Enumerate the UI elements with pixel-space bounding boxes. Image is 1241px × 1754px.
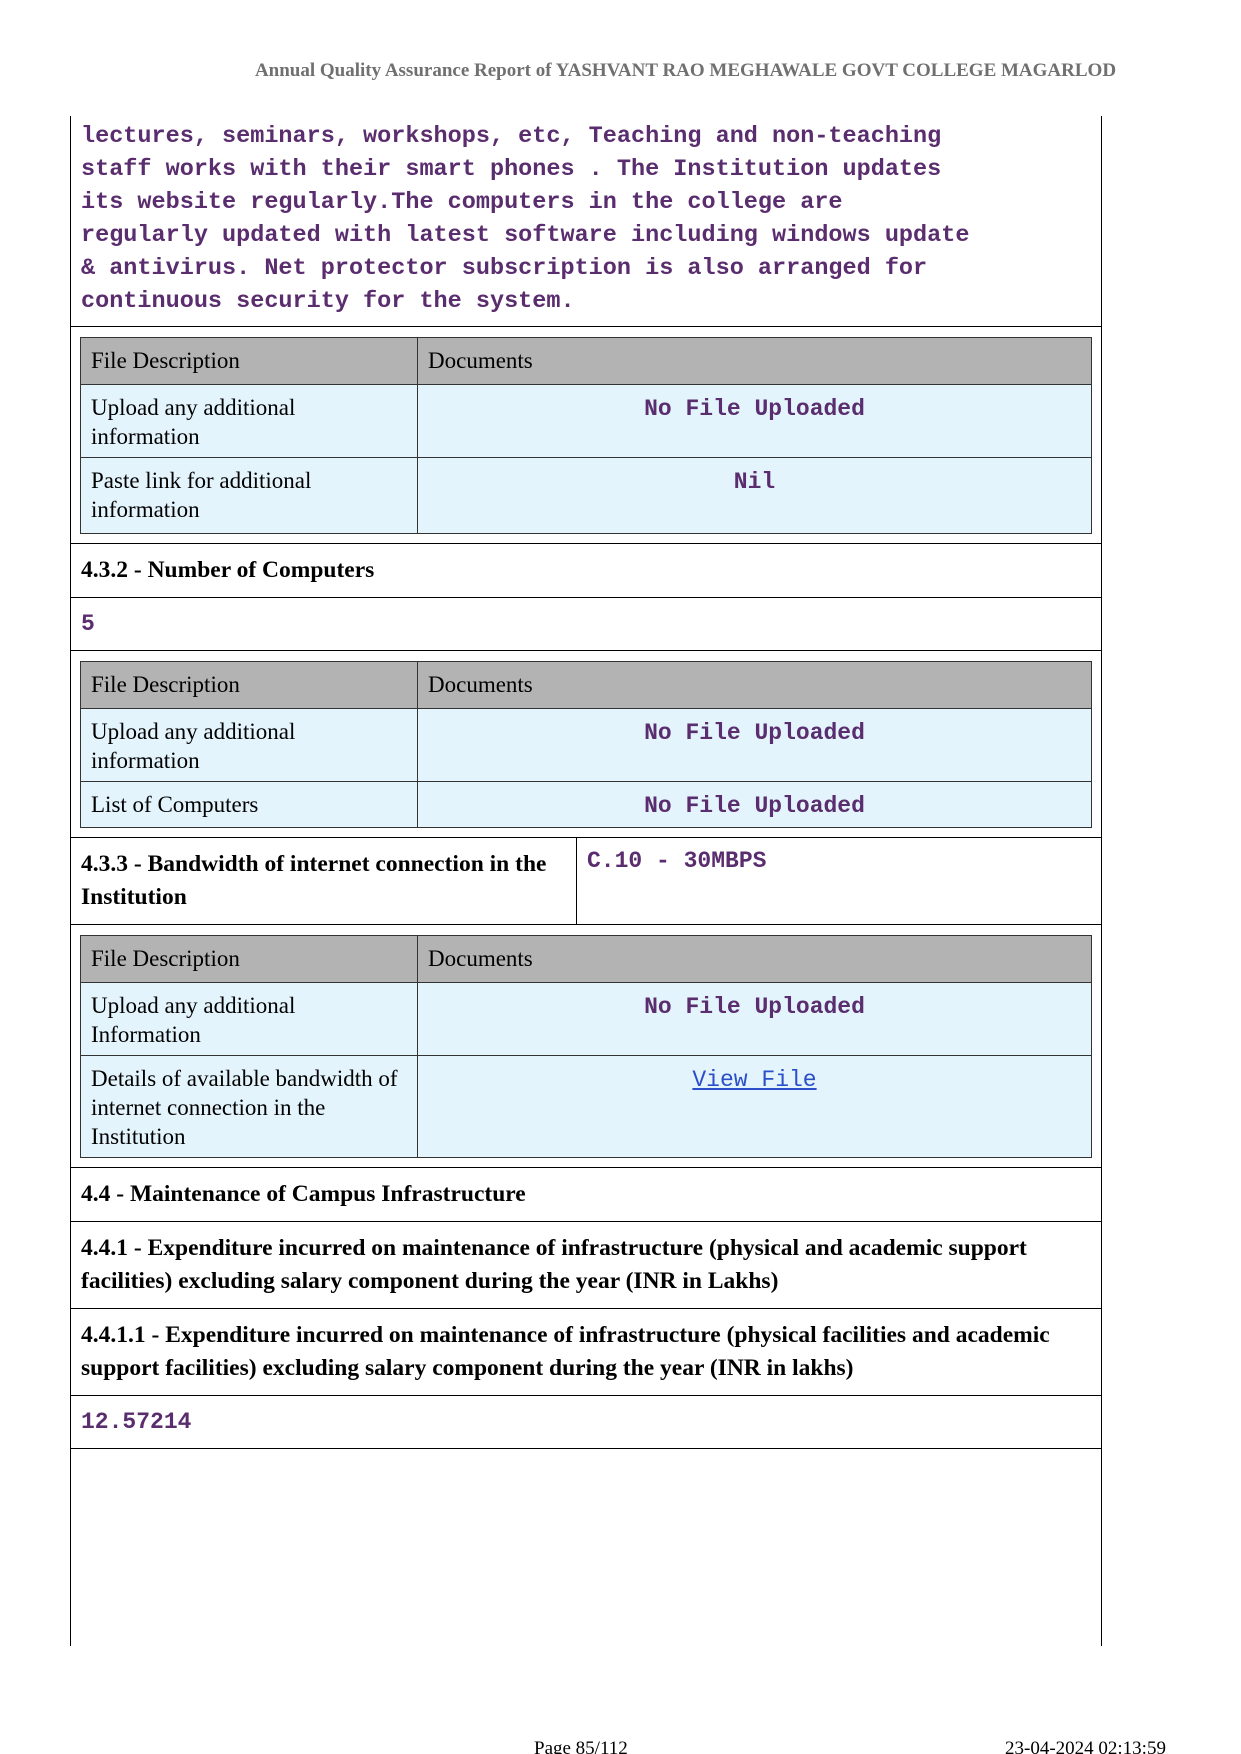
file-description-cell: Upload any additional information <box>81 709 418 782</box>
file-description-cell: List of Computers <box>81 782 418 828</box>
number-of-computers-value: 5 <box>71 598 1101 651</box>
page-number: Page 85/112 <box>534 1738 628 1754</box>
prose-line: staff works with their smart phones . Th… <box>81 153 1091 186</box>
section-heading-4-3-2: 4.3.2 - Number of Computers <box>71 544 1101 598</box>
bandwidth-value: C.10 - 30MBPS <box>577 838 1101 924</box>
column-header-file-description: File Description <box>81 662 418 709</box>
document-status: No File Uploaded <box>644 396 865 422</box>
report-frame: lectures, seminars, workshops, etc, Teac… <box>70 116 1102 1646</box>
generated-timestamp: 23-04-2024 02:13:59 <box>1005 1738 1166 1754</box>
table-row: Upload any additional information No Fil… <box>81 709 1092 782</box>
table-header-row: File Description Documents <box>81 662 1092 709</box>
file-table-wrap-3: File Description Documents Upload any ad… <box>71 925 1101 1168</box>
file-table-wrap-2: File Description Documents Upload any ad… <box>71 651 1101 838</box>
document-status: No File Uploaded <box>644 793 865 819</box>
column-header-file-description: File Description <box>81 338 418 385</box>
table-row: Paste link for additional information Ni… <box>81 458 1092 534</box>
prose-line: its website regularly.The computers in t… <box>81 186 1091 219</box>
table-header-row: File Description Documents <box>81 338 1092 385</box>
section-heading-4-4-1-1: 4.4.1.1 - Expenditure incurred on mainte… <box>71 1309 1101 1396</box>
table-row: Details of available bandwidth of intern… <box>81 1056 1092 1158</box>
view-file-link[interactable]: View File <box>692 1067 816 1093</box>
prose-line: & antivirus. Net protector subscription … <box>81 252 1091 285</box>
document-status: No File Uploaded <box>644 720 865 746</box>
it-facilities-description: lectures, seminars, workshops, etc, Teac… <box>71 116 1101 327</box>
table-header-row: File Description Documents <box>81 936 1092 983</box>
document-status: No File Uploaded <box>644 994 865 1020</box>
column-header-documents: Documents <box>418 338 1092 385</box>
report-header: Annual Quality Assurance Report of YASHV… <box>0 60 1241 82</box>
file-description-cell: Upload any additional Information <box>81 983 418 1056</box>
table-row: Upload any additional Information No Fil… <box>81 983 1092 1056</box>
column-header-documents: Documents <box>418 936 1092 983</box>
file-description-cell: Upload any additional information <box>81 385 418 458</box>
file-table-1: File Description Documents Upload any ad… <box>80 337 1092 534</box>
file-description-cell: Paste link for additional information <box>81 458 418 534</box>
section-heading-4-4: 4.4 - Maintenance of Campus Infrastructu… <box>71 1168 1101 1222</box>
section-heading-4-4-1: 4.4.1 - Expenditure incurred on maintena… <box>71 1222 1101 1309</box>
column-header-file-description: File Description <box>81 936 418 983</box>
table-row: List of Computers No File Uploaded <box>81 782 1092 828</box>
maintenance-expenditure-value: 12.57214 <box>71 1396 1101 1449</box>
prose-line: regularly updated with latest software i… <box>81 219 1091 252</box>
table-row: Upload any additional information No Fil… <box>81 385 1092 458</box>
column-header-documents: Documents <box>418 662 1092 709</box>
file-description-cell: Details of available bandwidth of intern… <box>81 1056 418 1158</box>
bandwidth-row: 4.3.3 - Bandwidth of internet connection… <box>71 838 1101 925</box>
file-table-2: File Description Documents Upload any ad… <box>80 661 1092 828</box>
prose-line: continuous security for the system. <box>81 285 1091 318</box>
file-table-wrap-1: File Description Documents Upload any ad… <box>71 327 1101 544</box>
section-heading-4-3-3: 4.3.3 - Bandwidth of internet connection… <box>71 838 577 924</box>
prose-line: lectures, seminars, workshops, etc, Teac… <box>81 120 1091 153</box>
file-table-3: File Description Documents Upload any ad… <box>80 935 1092 1158</box>
document-link-value: Nil <box>734 469 775 495</box>
